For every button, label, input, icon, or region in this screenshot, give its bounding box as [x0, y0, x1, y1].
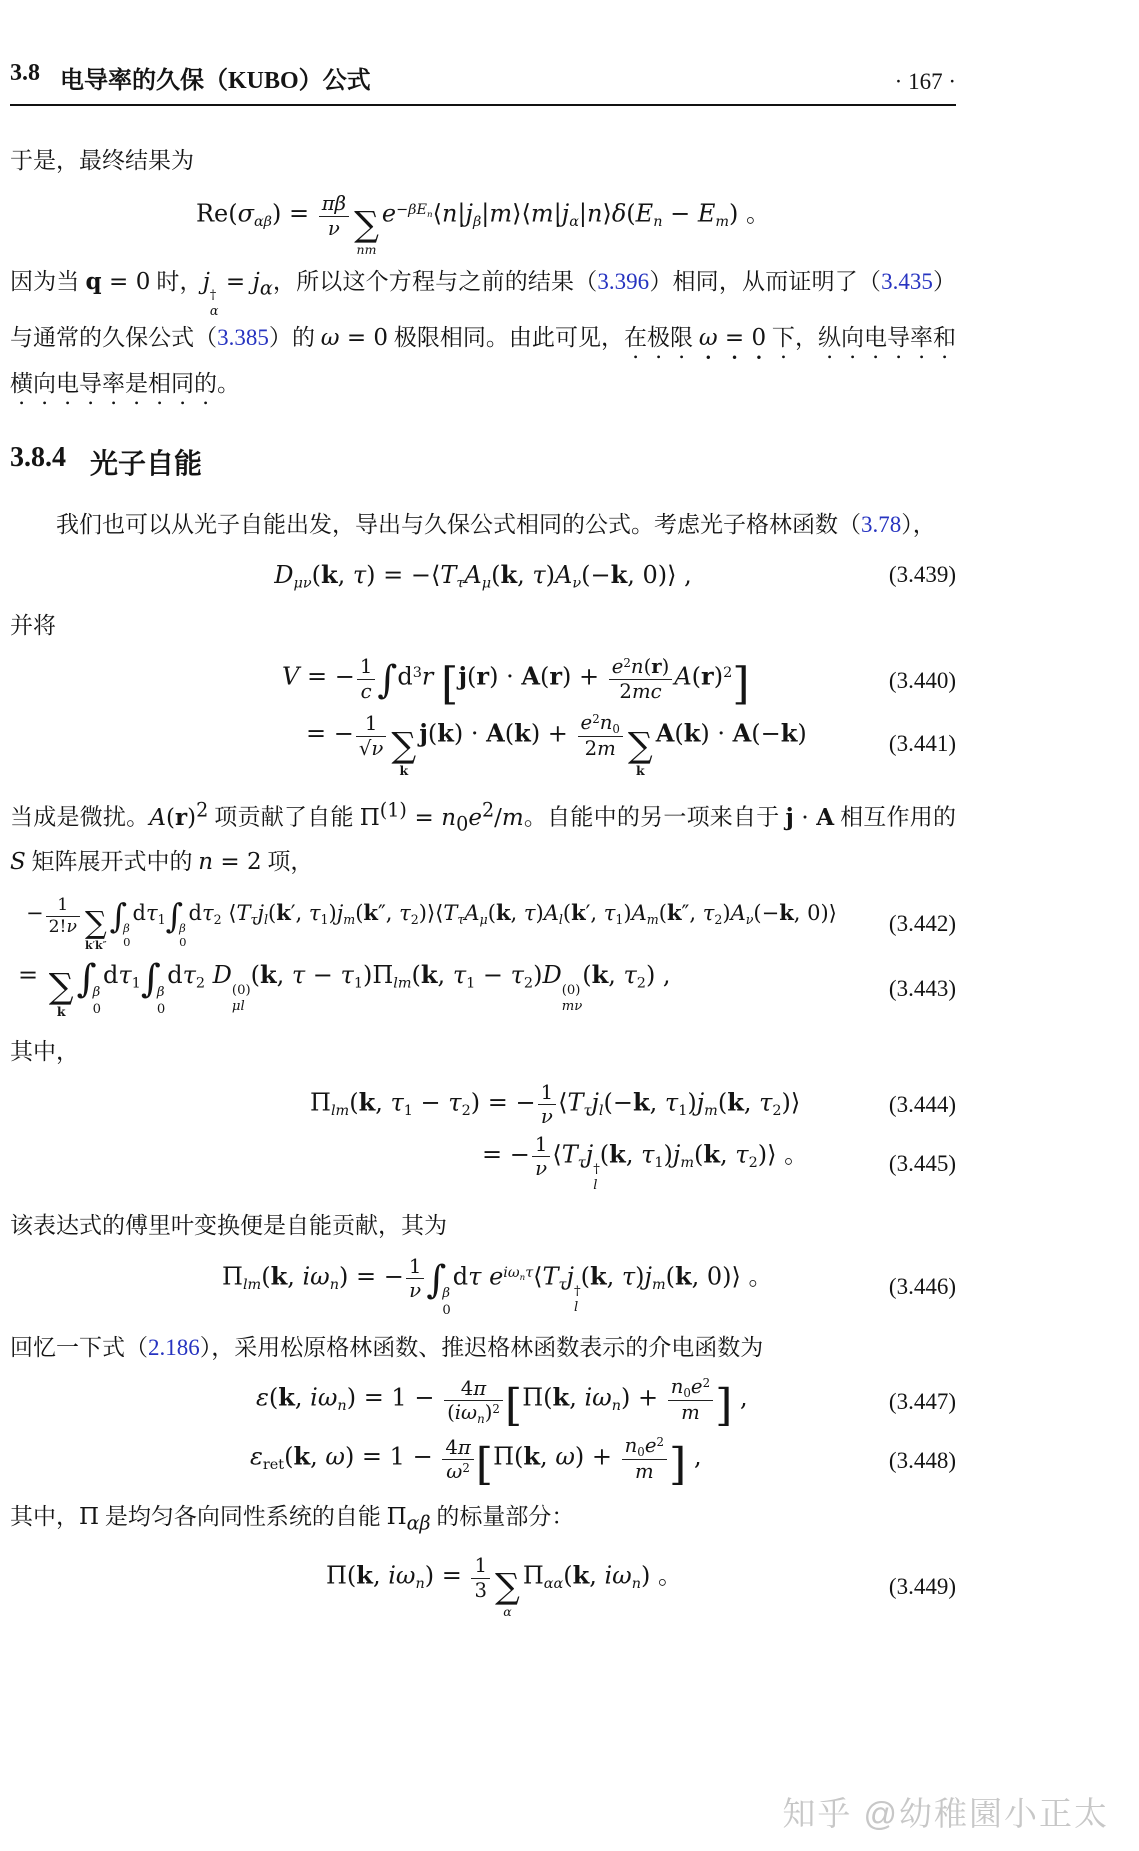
equation-number: (3.445) — [889, 1151, 956, 1177]
equation-3440: V = −1c∫d3r [j(r) · A(r) + e2n(r)2mcA(r)… — [10, 655, 956, 707]
equation-number: (3.447) — [889, 1389, 956, 1415]
equation-sigma: Re(σαβ) = πβν∑nme−βEn⟨n|jβ|m⟩⟨m|jα|n⟩δ(E… — [10, 192, 956, 257]
page-number: · 167 · — [895, 69, 956, 95]
equation-number: (3.446) — [889, 1274, 956, 1300]
header-section-number: 3.8 — [10, 60, 40, 95]
equation-number: (3.442) — [889, 911, 956, 937]
equation-3445: = −1ν⟨Tτj†l(k, τ1)jm(k, τ2)⟩ 。 (3.445) — [10, 1133, 956, 1195]
section-heading: 3.8.4 光子自能 — [10, 442, 956, 482]
ref-link-3-396[interactable]: 3.396 — [597, 269, 649, 294]
equation-body: = −1√ν∑kj(k) · A(k) + e2n02m∑kA(k) · A(−… — [306, 711, 807, 777]
equation-number: (3.443) — [889, 976, 956, 1002]
watermark: 知乎 @幼稚園小正太 — [782, 1788, 1109, 1835]
section-number: 3.8.4 — [10, 442, 66, 482]
paragraph-scalar-part: 其中，Π 是均匀各向同性系统的自能 Παβ 的标量部分： — [10, 1498, 956, 1543]
paragraph-perturbation: 当成是微扰。A(r)2 项贡献了自能 Π(1) = n0e2/m。自能中的另一项… — [10, 791, 956, 881]
equation-number: (3.448) — [889, 1448, 956, 1474]
equation-body: Πlm(k, τ1 − τ2) = −1ν⟨Tτjl(−k, τ1)jm(k, … — [310, 1081, 800, 1129]
equation-3441: = −1√ν∑kj(k) · A(k) + e2n02m∑kA(k) · A(−… — [10, 711, 956, 777]
ref-link-3-385[interactable]: 3.385 — [217, 325, 269, 350]
equation-body: −12!ν∑k′k″∫β0dτ1∫β0dτ2 ⟨Tτjl(k′, τ1)jm(k… — [26, 895, 837, 952]
equation-body: Π(k, iωn) = 13∑αΠαα(k, iωn) 。 — [326, 1554, 682, 1619]
equation-3448: εret(k, ω) = 1 − 4πω2[Π(k, ω) + n0e2m] ,… — [10, 1434, 956, 1487]
header-title: 电导率的久保（KUBO）公式 — [60, 60, 371, 95]
equation-3446: Πlm(k, iωn) = −1ν∫β0dτ eiωnτ⟨Tτj†l(k, τ)… — [10, 1255, 956, 1319]
ref-link-3-78[interactable]: 3.78 — [861, 512, 901, 537]
equation-body: = −1ν⟨Tτj†l(k, τ1)jm(k, τ2)⟩ 。 — [482, 1133, 808, 1195]
textbook-page: 3.8 电导率的久保（KUBO）公式 · 167 · 于是，最终结果为 Re(σ… — [0, 0, 1139, 1851]
equation-3447: ε(k, iωn) = 1 − 4π(iωn)2[Π(k, iωn) + n0e… — [10, 1375, 956, 1428]
equation-body: Πlm(k, iωn) = −1ν∫β0dτ eiωnτ⟨Tτj†l(k, τ)… — [222, 1255, 773, 1319]
page-header: 3.8 电导率的久保（KUBO）公式 · 167 · — [10, 60, 956, 106]
ref-link-3-435[interactable]: 3.435 — [881, 269, 933, 294]
equation-3439: Dμν(k, τ) = −⟨TτAμ(k, τ)Aν(−k, 0)⟩ , (3.… — [10, 560, 956, 592]
equation-body: Re(σαβ) = πβν∑nme−βEn⟨n|jβ|m⟩⟨m|jα|n⟩δ(E… — [196, 192, 770, 257]
equation-body: ε(k, iωn) = 1 − 4π(iωn)2[Π(k, iωn) + n0e… — [256, 1375, 748, 1428]
section-title: 光子自能 — [90, 442, 202, 482]
equation-number: (3.444) — [889, 1092, 956, 1118]
equation-body: V = −1c∫d3r [j(r) · A(r) + e2n(r)2mcA(r)… — [282, 655, 750, 707]
equation-body: εret(k, ω) = 1 − 4πω2[Π(k, ω) + n0e2m] , — [250, 1434, 702, 1487]
paragraph-recall: 回忆一下式（2.186），采用松原格林函数、推迟格林函数表示的介电函数为 — [10, 1329, 956, 1367]
paragraph-substitute: 并将 — [10, 607, 956, 645]
equation-number: (3.439) — [889, 562, 956, 588]
paragraph-final-result: 于是，最终结果为 — [10, 142, 956, 180]
ref-link-2-186[interactable]: 2.186 — [148, 1335, 200, 1360]
equation-3444: Πlm(k, τ1 − τ2) = −1ν⟨Tτjl(−k, τ1)jm(k, … — [10, 1081, 956, 1129]
running-head: 3.8 电导率的久保（KUBO）公式 — [10, 60, 371, 95]
equation-3443: = ∑k∫β0dτ1∫β0dτ2 D(0)μl(k, τ − τ1)Πlm(k,… — [10, 960, 956, 1018]
page-content: 3.8 电导率的久保（KUBO）公式 · 167 · 于是，最终结果为 Re(σ… — [10, 0, 956, 1619]
paragraph-fourier: 该表达式的傅里叶变换便是自能贡献，其为 — [10, 1207, 956, 1245]
paragraph-where-1: 其中， — [10, 1033, 956, 1071]
equation-3442: −12!ν∑k′k″∫β0dτ1∫β0dτ2 ⟨Tτjl(k′, τ1)jm(k… — [10, 895, 956, 952]
equation-3449: Π(k, iωn) = 13∑αΠαα(k, iωn) 。 (3.449) — [10, 1554, 956, 1619]
equation-body: = ∑k∫β0dτ1∫β0dτ2 D(0)μl(k, τ − τ1)Πlm(k,… — [18, 960, 671, 1018]
equation-number: (3.449) — [889, 1574, 956, 1600]
equation-number: (3.440) — [889, 668, 956, 694]
paragraph-photon-self-energy: 我们也可以从光子自能出发，导出与久保公式相同的公式。考虑光子格林函数（3.78）… — [10, 506, 956, 544]
equation-number: (3.441) — [889, 731, 956, 757]
equation-body: Dμν(k, τ) = −⟨TτAμ(k, τ)Aν(−k, 0)⟩ , — [274, 560, 691, 592]
paragraph-because: 因为当 q = 0 时，j†α = jα，所以这个方程与之前的结果（3.396）… — [10, 263, 956, 410]
